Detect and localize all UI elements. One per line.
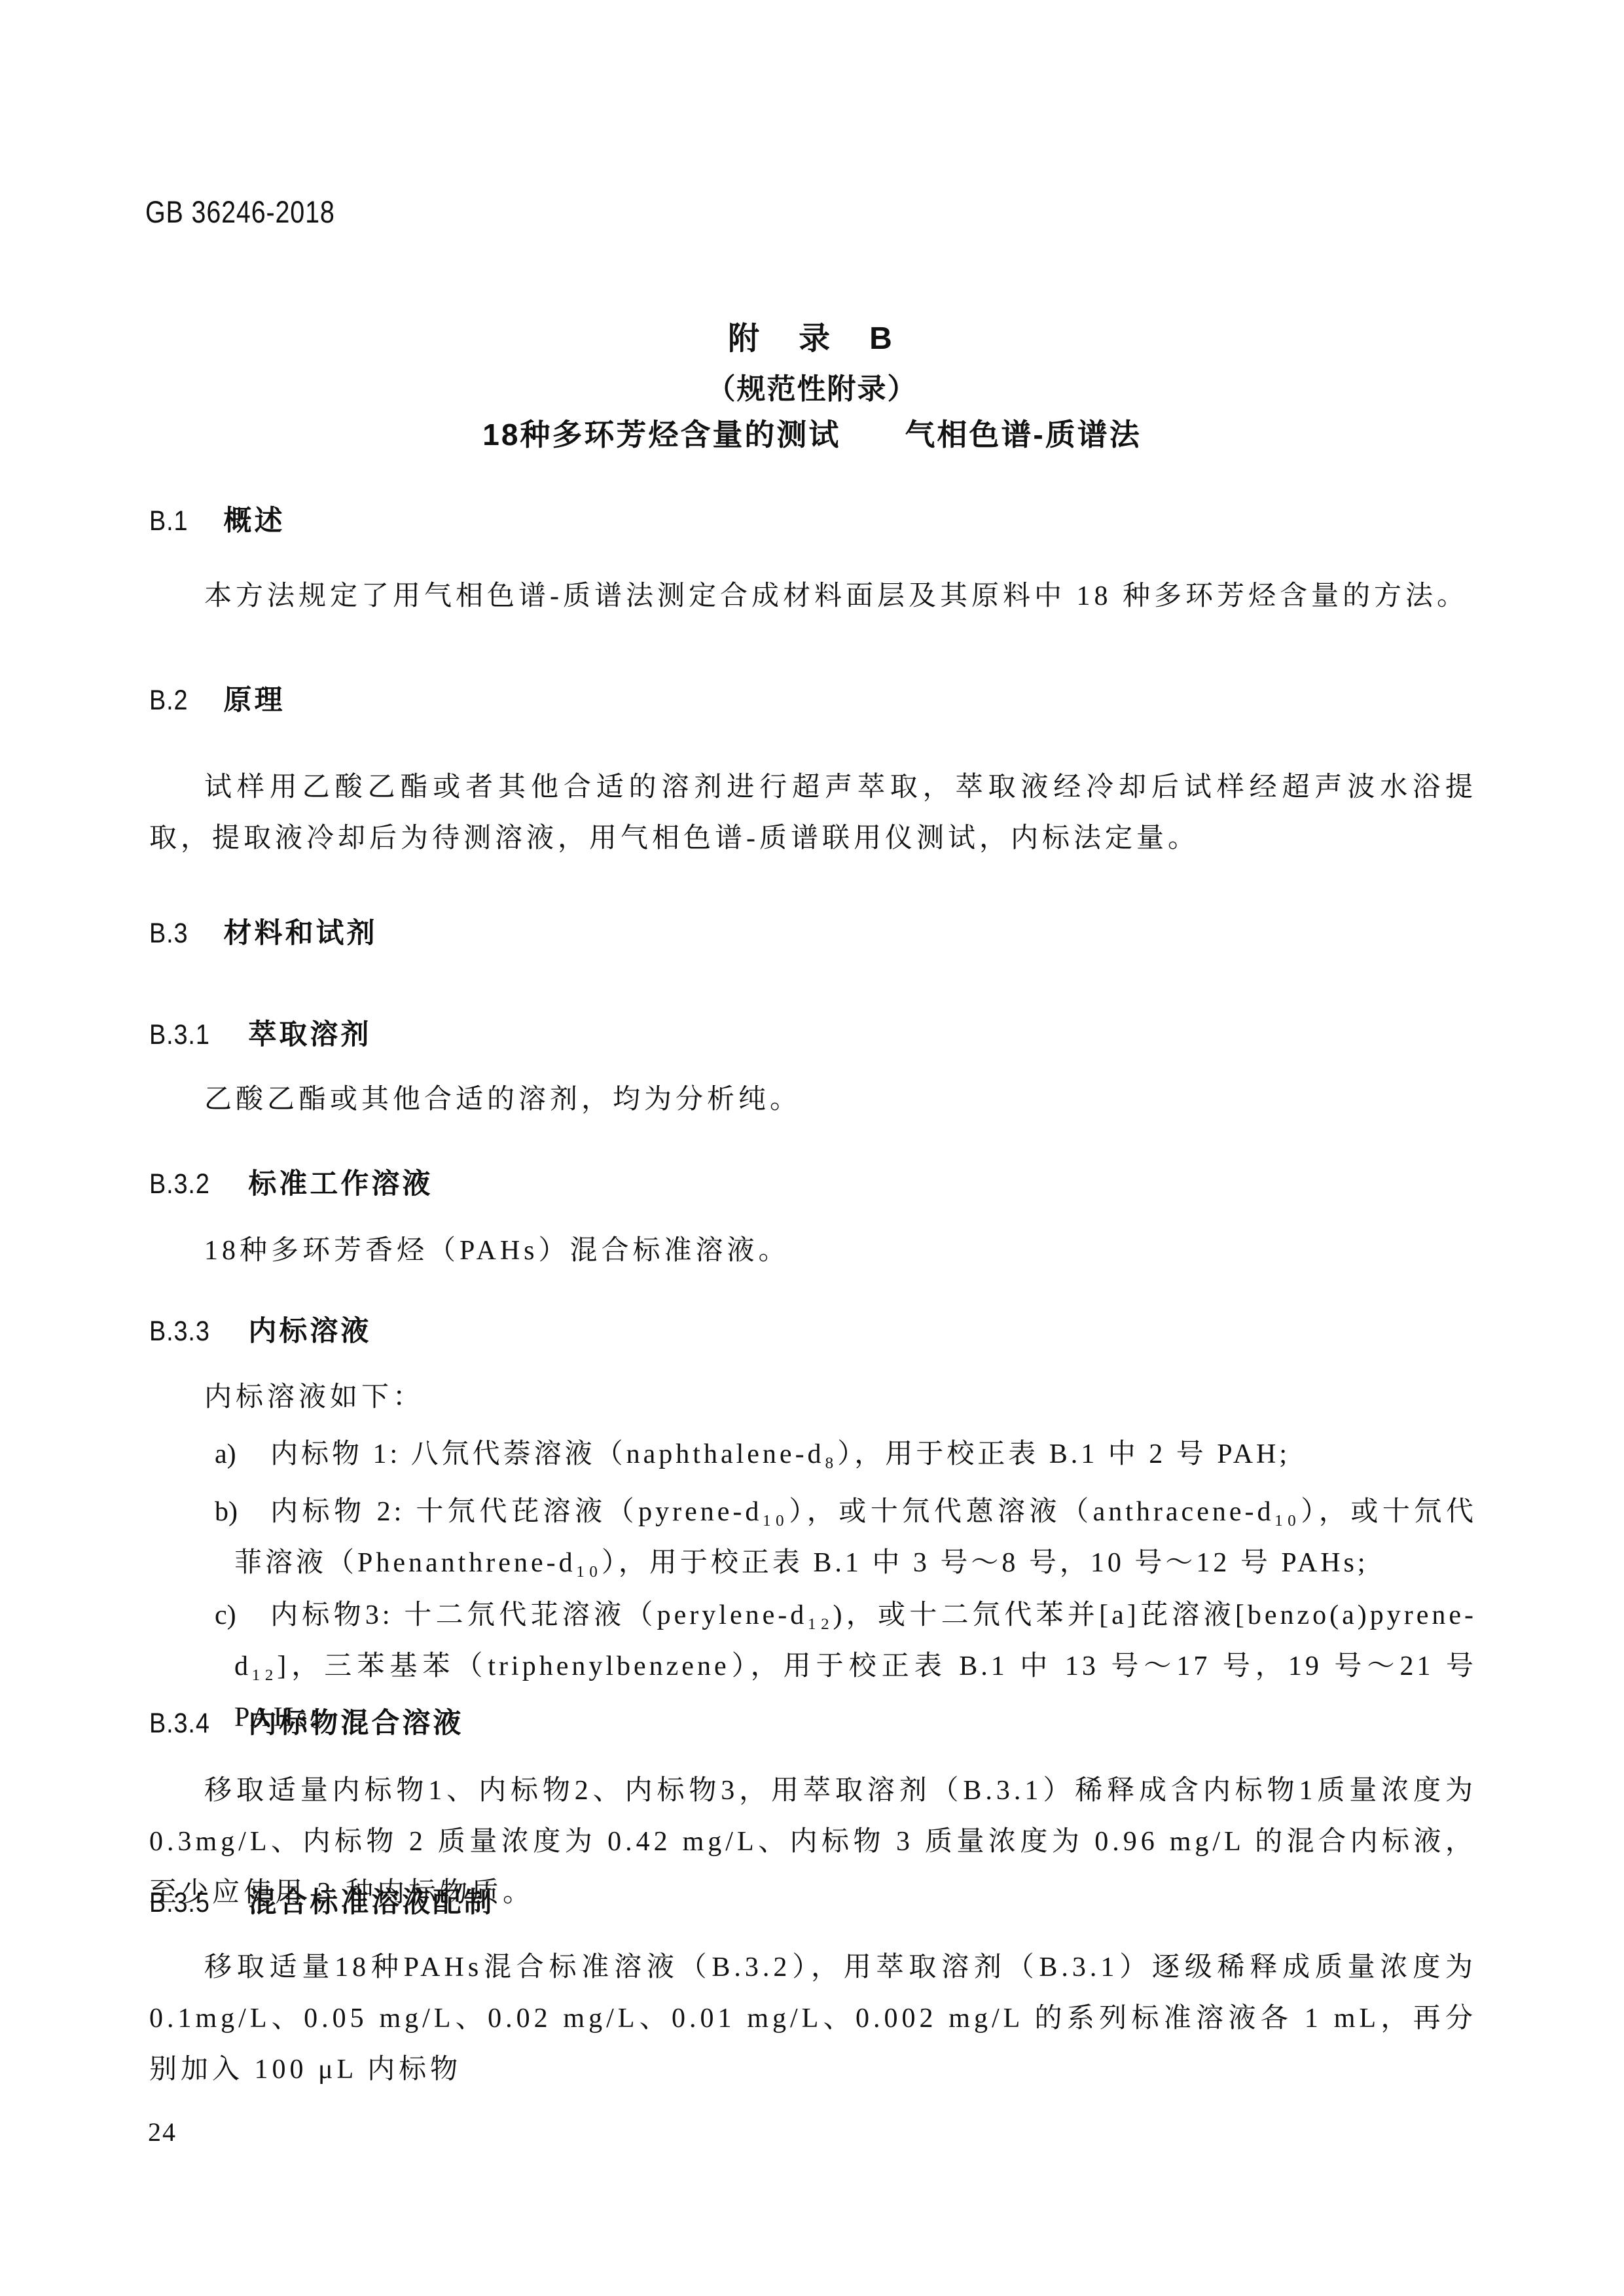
heading-b3-number: B.3 xyxy=(149,916,188,950)
appendix-title: 附 录 B xyxy=(0,313,1624,358)
list-item-c-marker: c) xyxy=(215,1590,236,1641)
heading-b35: B.3.5混合标准溶液配制 xyxy=(149,1886,1477,1920)
heading-b33: B.3.3内标溶液 xyxy=(149,1314,1477,1348)
paragraph-b31: 乙酸乙酯或其他合适的溶剂，均为分析纯。 xyxy=(149,1074,1477,1125)
heading-b35-number: B.3.5 xyxy=(149,1886,210,1920)
list-item-a-marker: a) xyxy=(215,1429,236,1480)
paragraph-b35: 移取适量18种PAHs混合标准溶液（B.3.2），用萃取溶剂（B.3.1）逐级稀… xyxy=(149,1942,1477,2095)
list-item-b-text: 内标物 2: 十氘代芘溶液（pyrene-d₁₀），或十氘代蒽溶液（anthra… xyxy=(234,1497,1477,1578)
appendix-method-title: 18种多环芳烃含量的测试 气相色谱-质谱法 xyxy=(0,411,1624,454)
heading-b3-label: 材料和试剂 xyxy=(224,918,378,949)
heading-b2-number: B.2 xyxy=(149,683,188,717)
heading-b2-label: 原理 xyxy=(224,685,285,716)
paragraph-b32: 18种多环芳香烃（PAHs）混合标准溶液。 xyxy=(149,1225,1477,1276)
list-item-a-text: 内标物 1: 八氘代萘溶液（naphthalene-d₈），用于校正表 B.1 … xyxy=(270,1439,1290,1469)
heading-b1: B.1概述 xyxy=(149,504,1477,538)
paragraph-b1: 本方法规定了用气相色谱-质谱法测定合成材料面层及其原料中 18 种多环芳烃含量的… xyxy=(149,571,1477,622)
heading-b1-number: B.1 xyxy=(149,504,188,538)
heading-b32: B.3.2标准工作溶液 xyxy=(149,1167,1477,1201)
document-page: GB 36246-2018 附 录 B （规范性附录） 18种多环芳烃含量的测试… xyxy=(0,0,1624,2296)
heading-b33-number: B.3.3 xyxy=(149,1314,210,1348)
heading-b32-number: B.3.2 xyxy=(149,1167,210,1201)
heading-b31: B.3.1萃取溶剂 xyxy=(149,1018,1477,1052)
heading-b1-label: 概述 xyxy=(224,505,285,537)
paragraph-b2: 试样用乙酸乙酯或者其他合适的溶剂进行超声萃取，萃取液经冷却后试样经超声波水浴提取… xyxy=(149,762,1477,864)
standard-code: GB 36246-2018 xyxy=(145,194,335,230)
heading-b34: B.3.4内标物混合溶液 xyxy=(149,1706,1477,1740)
heading-b35-label: 混合标准溶液配制 xyxy=(248,1887,494,1918)
heading-b31-number: B.3.1 xyxy=(149,1018,210,1052)
list-item-b: b)内标物 2: 十氘代芘溶液（pyrene-d₁₀），或十氘代蒽溶液（anth… xyxy=(149,1486,1477,1588)
paragraph-b33-intro: 内标溶液如下： xyxy=(149,1372,1477,1423)
heading-b32-label: 标准工作溶液 xyxy=(248,1168,433,1200)
heading-b34-label: 内标物混合溶液 xyxy=(248,1708,463,1739)
list-item-b-marker: b) xyxy=(215,1486,238,1537)
appendix-subtitle: （规范性附录） xyxy=(0,365,1624,407)
heading-b31-label: 萃取溶剂 xyxy=(248,1019,371,1050)
heading-b34-number: B.3.4 xyxy=(149,1706,210,1740)
page-number: 24 xyxy=(148,2117,177,2147)
heading-b33-label: 内标溶液 xyxy=(248,1316,371,1347)
list-item-a: a)内标物 1: 八氘代萘溶液（naphthalene-d₈），用于校正表 B.… xyxy=(149,1429,1477,1480)
heading-b3: B.3材料和试剂 xyxy=(149,916,1477,950)
heading-b2: B.2原理 xyxy=(149,683,1477,717)
